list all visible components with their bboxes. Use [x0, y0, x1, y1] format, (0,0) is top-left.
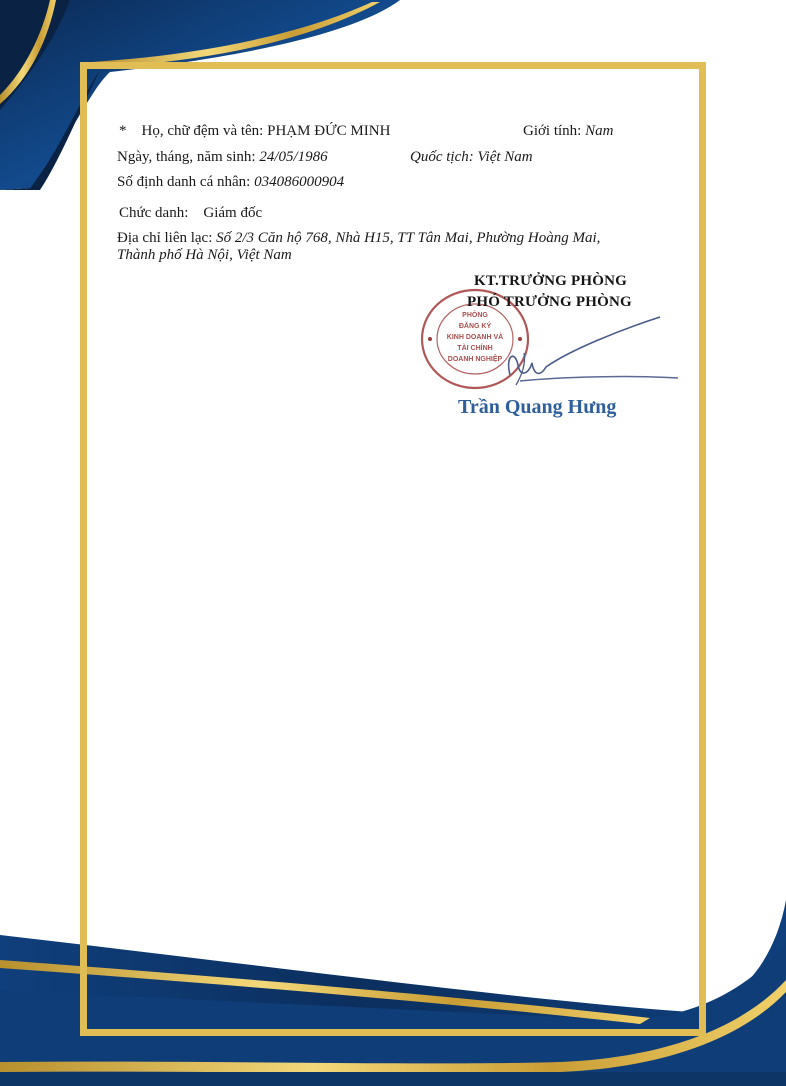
- gender-label: Giới tính:: [523, 123, 581, 139]
- id-value: 034086000904: [254, 174, 344, 190]
- gender-row: Giới tính: Nam: [523, 122, 613, 140]
- title-value: Giám đốc: [203, 205, 262, 221]
- nationality-value: Việt Nam: [477, 149, 532, 165]
- nationality-row: Quốc tịch: Việt Nam: [410, 148, 533, 166]
- name-label: Họ, chữ đệm và tên:: [142, 123, 264, 139]
- gender-value: Nam: [585, 123, 613, 139]
- address-label: Địa chỉ liên lạc:: [117, 230, 212, 246]
- title-row: Chức danh: Giám đốc: [119, 204, 262, 222]
- name-value: PHẠM ĐỨC MINH: [267, 123, 390, 139]
- address-row: Địa chỉ liên lạc: Số 2/3 Căn hộ 768, Nhà…: [117, 229, 600, 247]
- handwritten-signature-icon: [480, 305, 690, 395]
- address-line2: Thành phố Hà Nội, Việt Nam: [117, 246, 292, 264]
- name-row: * Họ, chữ đệm và tên: PHẠM ĐỨC MINH: [119, 122, 390, 140]
- dob-row: Ngày, tháng, năm sinh: 24/05/1986: [117, 148, 328, 166]
- id-label: Số định danh cá nhân:: [117, 174, 250, 190]
- address-line1: Số 2/3 Căn hộ 768, Nhà H15, TT Tân Mai, …: [216, 230, 600, 246]
- title-label: Chức danh:: [119, 205, 188, 221]
- nationality-label: Quốc tịch:: [410, 149, 474, 165]
- bullet: *: [119, 123, 127, 139]
- dob-label: Ngày, tháng, năm sinh:: [117, 149, 256, 165]
- dob-value: 24/05/1986: [259, 149, 327, 165]
- signer-name: Trần Quang Hưng: [458, 396, 616, 419]
- id-row: Số định danh cá nhân: 034086000904: [117, 173, 344, 191]
